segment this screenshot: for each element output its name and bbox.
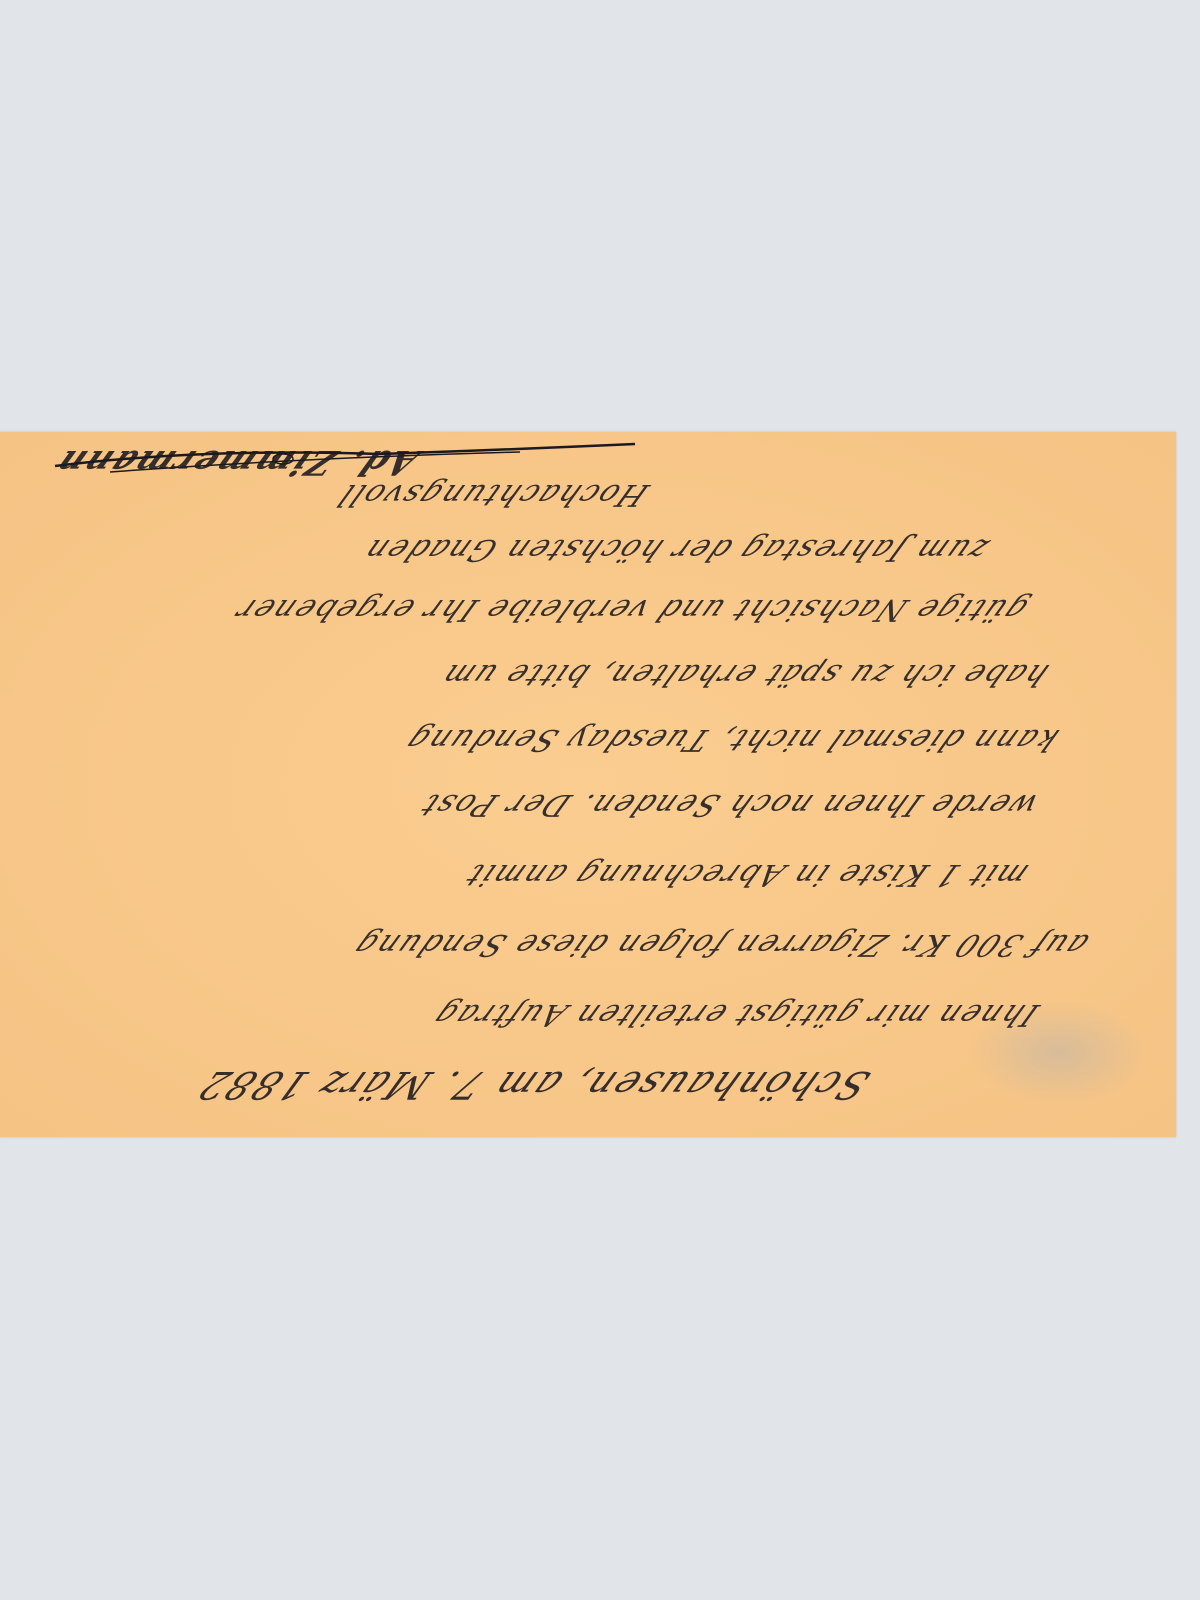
handwriting-area: Schönhausen, am 7. März 1882 Ihnen mir g… bbox=[0, 432, 1176, 1137]
text-line: Ihnen mir gütigst erteilten Auftrag bbox=[426, 997, 1045, 1032]
text-line: auf 300 Kr. Zigarren folgen diese Sendun… bbox=[346, 927, 1095, 962]
text-line: mit 1 Kiste in Abrechnung anmit bbox=[458, 857, 1035, 892]
signature-flourish-icon bbox=[50, 436, 650, 486]
text-line: zum Jahrestag der höchsten Gnaden bbox=[356, 532, 995, 567]
postcard: Schönhausen, am 7. März 1882 Ihnen mir g… bbox=[0, 432, 1176, 1137]
text-line: gütige Nachsicht und verbleibe Ihr ergeb… bbox=[228, 592, 1036, 627]
text-line: kann diesmal nicht, Tuesday Sendung bbox=[398, 722, 1065, 757]
text-line: habe ich zu spät erhalten, bitte um bbox=[434, 657, 1055, 692]
date-line: Schönhausen, am 7. März 1882 bbox=[189, 1063, 877, 1107]
text-line: werde Ihnen noch Senden. Der Post bbox=[413, 787, 1045, 822]
